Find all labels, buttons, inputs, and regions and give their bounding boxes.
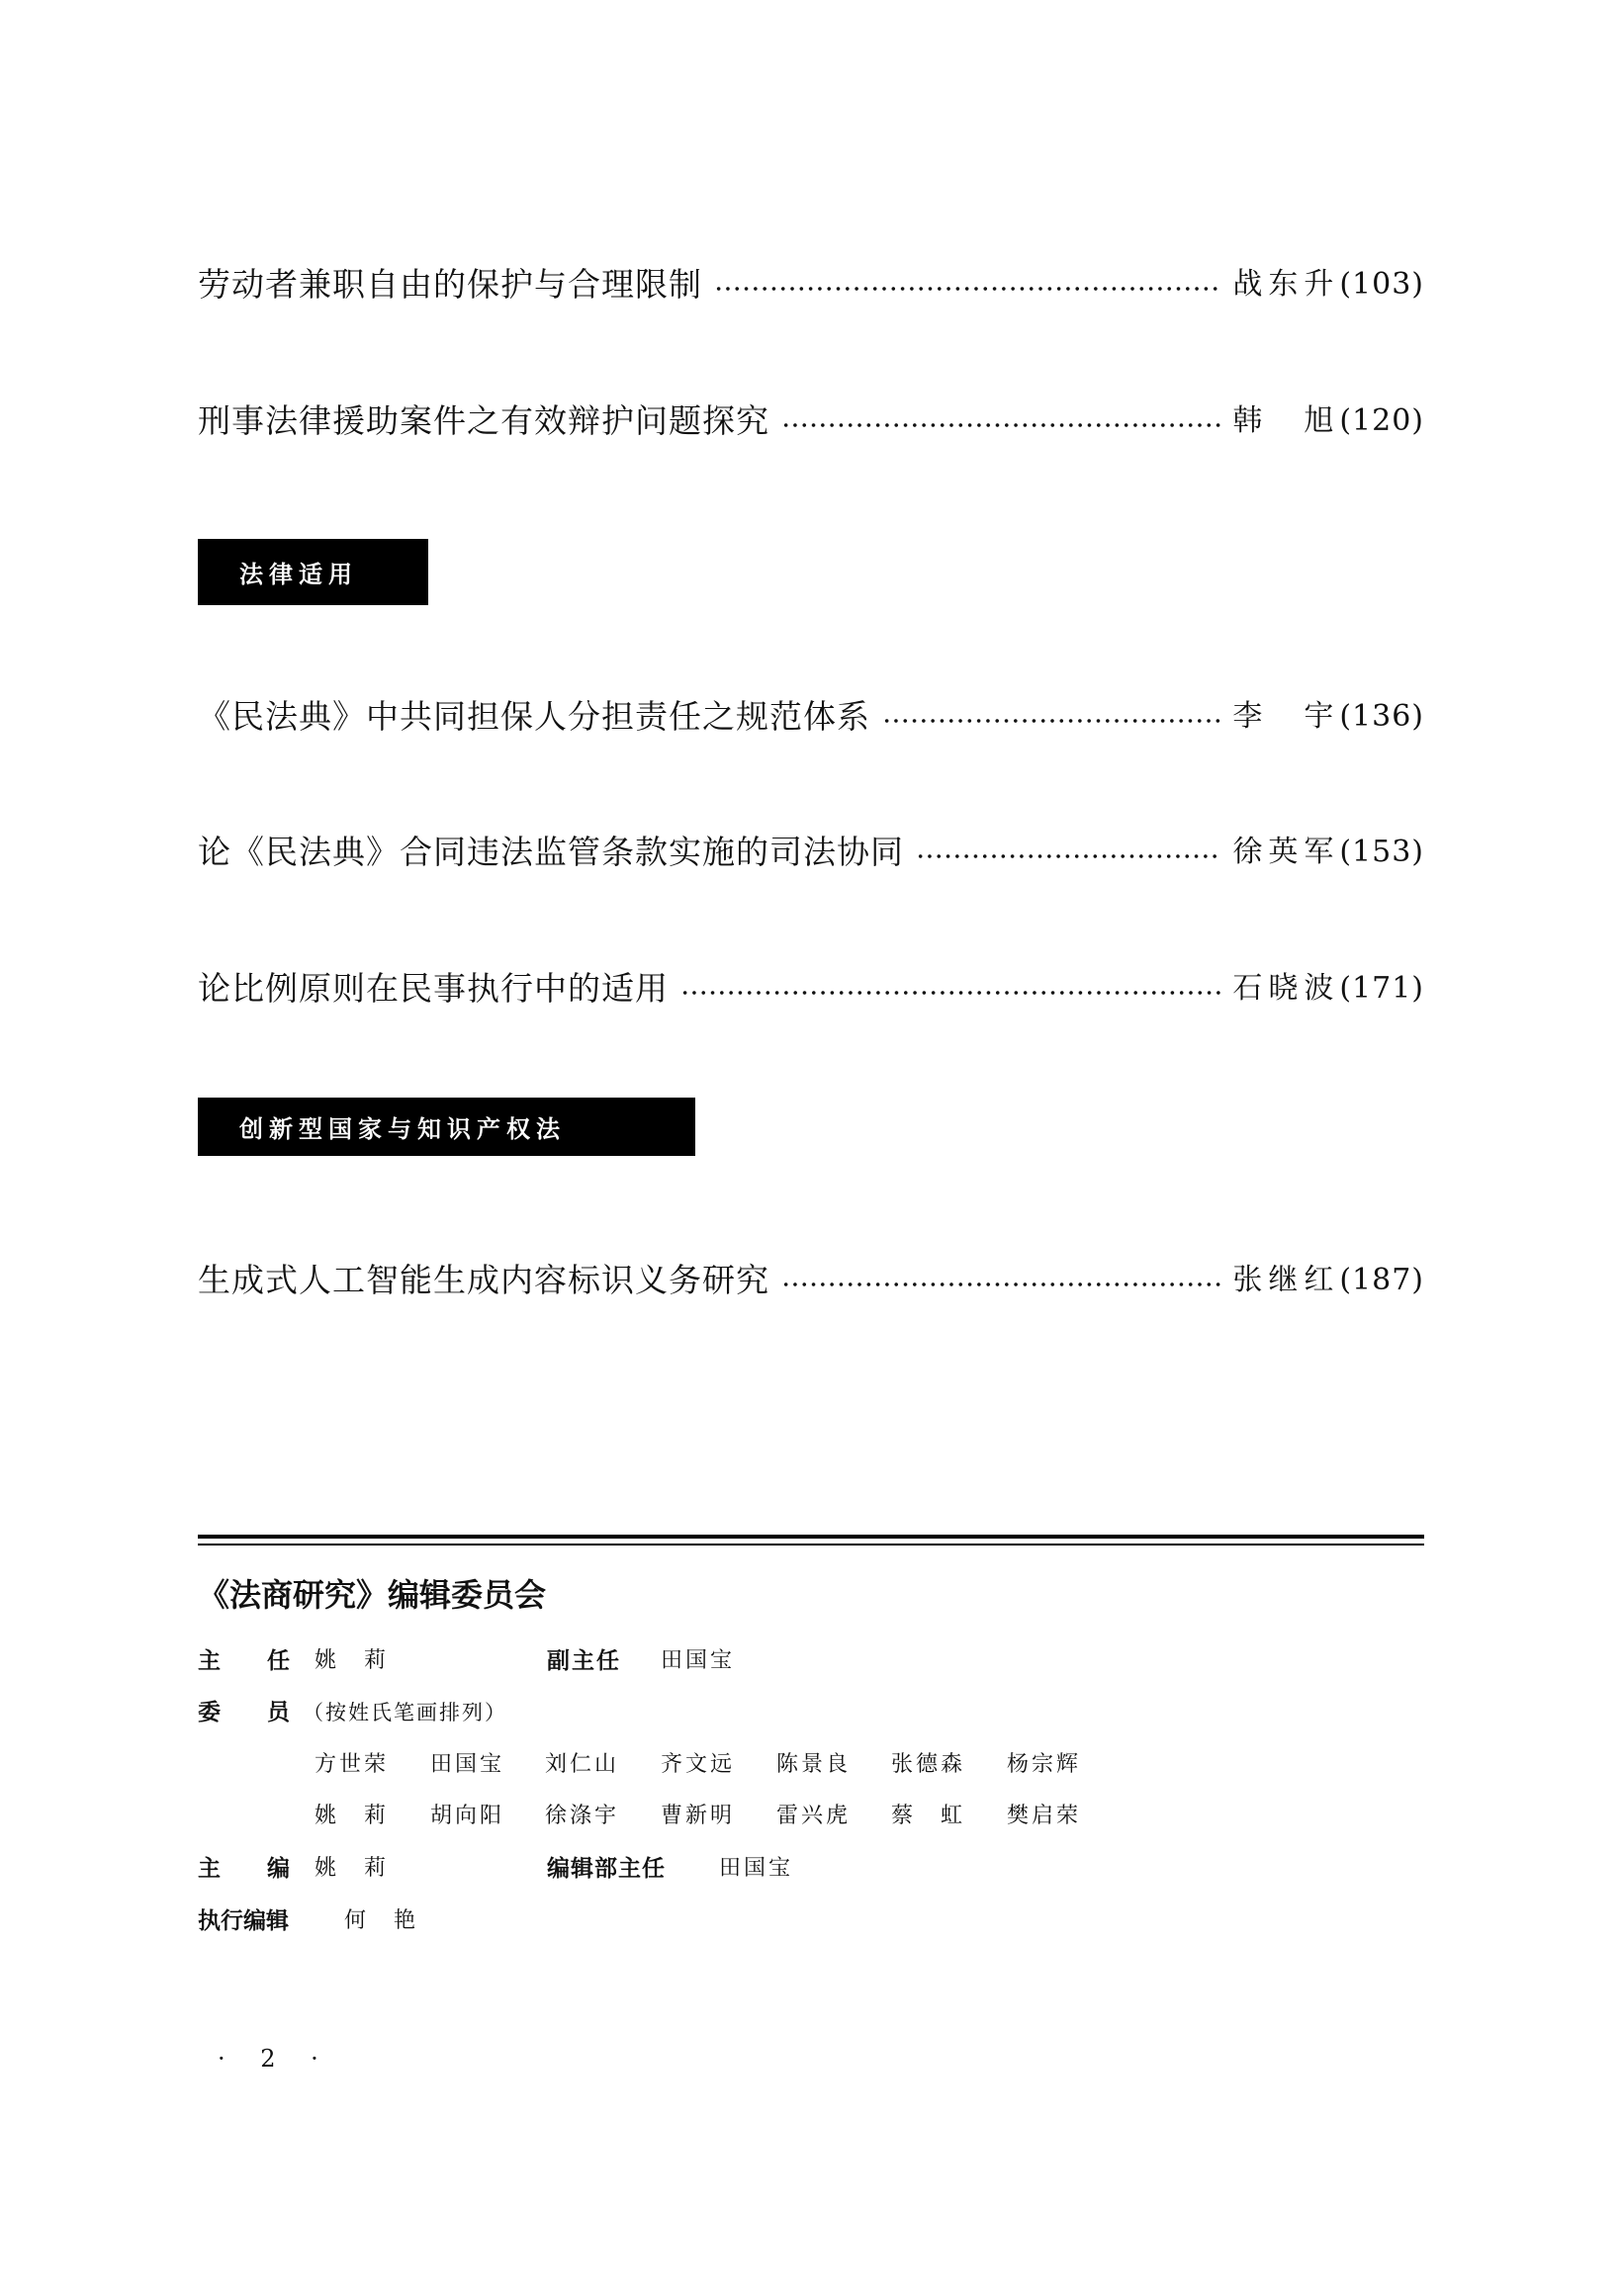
member-name: 胡向阳 [430,1802,504,1831]
exec-editor-label: 执行编辑 [198,1906,289,1936]
article-author: 李 宇 [1232,695,1339,739]
members-note: （按姓氏笔画排列） [303,1698,507,1727]
article-title: 《民法典》中共同担保人分担责任之规范体系 [198,695,870,739]
article-page: (187) [1339,1259,1424,1302]
article-author: 战东升 [1232,263,1339,307]
editor-in-chief-name: 姚 莉 [315,1854,389,1884]
divider-thick [198,1535,1424,1539]
dot-leader [882,695,1220,739]
director-label: 主 任 [198,1646,302,1676]
article-title: 刑事法律援助案件之有效辩护问题探究 [198,399,769,443]
members-label: 委 员 [198,1698,302,1727]
dot-leader [680,967,1220,1011]
toc-entry[interactable]: 刑事法律援助案件之有效辩护问题探究 韩 旭 (120) [198,399,1424,443]
member-name: 田国宝 [430,1750,504,1780]
deputy-director-label: 副主任 [547,1646,621,1676]
director-name: 姚 莉 [315,1646,389,1676]
article-title: 论《民法典》合同违法监管条款实施的司法协同 [198,831,904,874]
article-page: (153) [1339,831,1424,874]
member-name: 杨宗辉 [1007,1750,1081,1780]
article-title: 劳动者兼职自由的保护与合理限制 [198,263,702,307]
dept-director-name: 田国宝 [719,1854,793,1884]
page-number: · 2 · [218,2045,332,2073]
toc-entry[interactable]: 劳动者兼职自由的保护与合理限制 战东升 (103) [198,263,1424,307]
toc-entry[interactable]: 《民法典》中共同担保人分担责任之规范体系 李 宇 (136) [198,695,1424,739]
exec-editor-name: 何 艳 [344,1906,418,1936]
member-name: 刘仁山 [545,1750,619,1780]
dept-director-label: 编辑部主任 [547,1854,666,1884]
dot-leader [781,1259,1220,1302]
section-heading: 创新型国家与知识产权法 [198,1098,695,1156]
deputy-director-name: 田国宝 [661,1646,735,1676]
toc-entry[interactable]: 生成式人工智能生成内容标识义务研究 张继红 (187) [198,1259,1424,1302]
article-author: 徐英军 [1232,831,1339,874]
member-name: 曹新明 [661,1802,735,1831]
member-name: 樊启荣 [1007,1802,1081,1831]
article-page: (171) [1339,967,1424,1011]
member-name: 姚 莉 [315,1802,389,1831]
member-name: 陈景良 [776,1750,851,1780]
toc-entry[interactable]: 论比例原则在民事执行中的适用 石晓波 (171) [198,967,1424,1011]
dot-leader [916,831,1220,874]
article-author: 韩 旭 [1232,399,1339,443]
member-name: 齐文远 [661,1750,735,1780]
article-page: (120) [1339,399,1424,443]
article-title: 论比例原则在民事执行中的适用 [198,967,669,1011]
article-author: 张继红 [1232,1259,1339,1302]
editor-in-chief-label: 主 编 [198,1854,302,1884]
board-title: 《法商研究》编辑委员会 [198,1570,546,1616]
dot-leader [781,399,1220,443]
toc-entry[interactable]: 论《民法典》合同违法监管条款实施的司法协同 徐英军 (153) [198,831,1424,874]
section-heading: 法律适用 [198,539,428,605]
member-name: 方世荣 [315,1750,389,1780]
dot-leader [714,263,1220,307]
divider-thin [198,1544,1424,1545]
article-page: (136) [1339,695,1424,739]
member-name: 张德森 [891,1750,965,1780]
member-name: 雷兴虎 [776,1802,851,1831]
article-author: 石晓波 [1232,967,1339,1011]
article-page: (103) [1339,263,1424,307]
member-name: 徐涤宇 [545,1802,619,1831]
member-name: 蔡 虹 [891,1802,965,1831]
article-title: 生成式人工智能生成内容标识义务研究 [198,1259,769,1302]
